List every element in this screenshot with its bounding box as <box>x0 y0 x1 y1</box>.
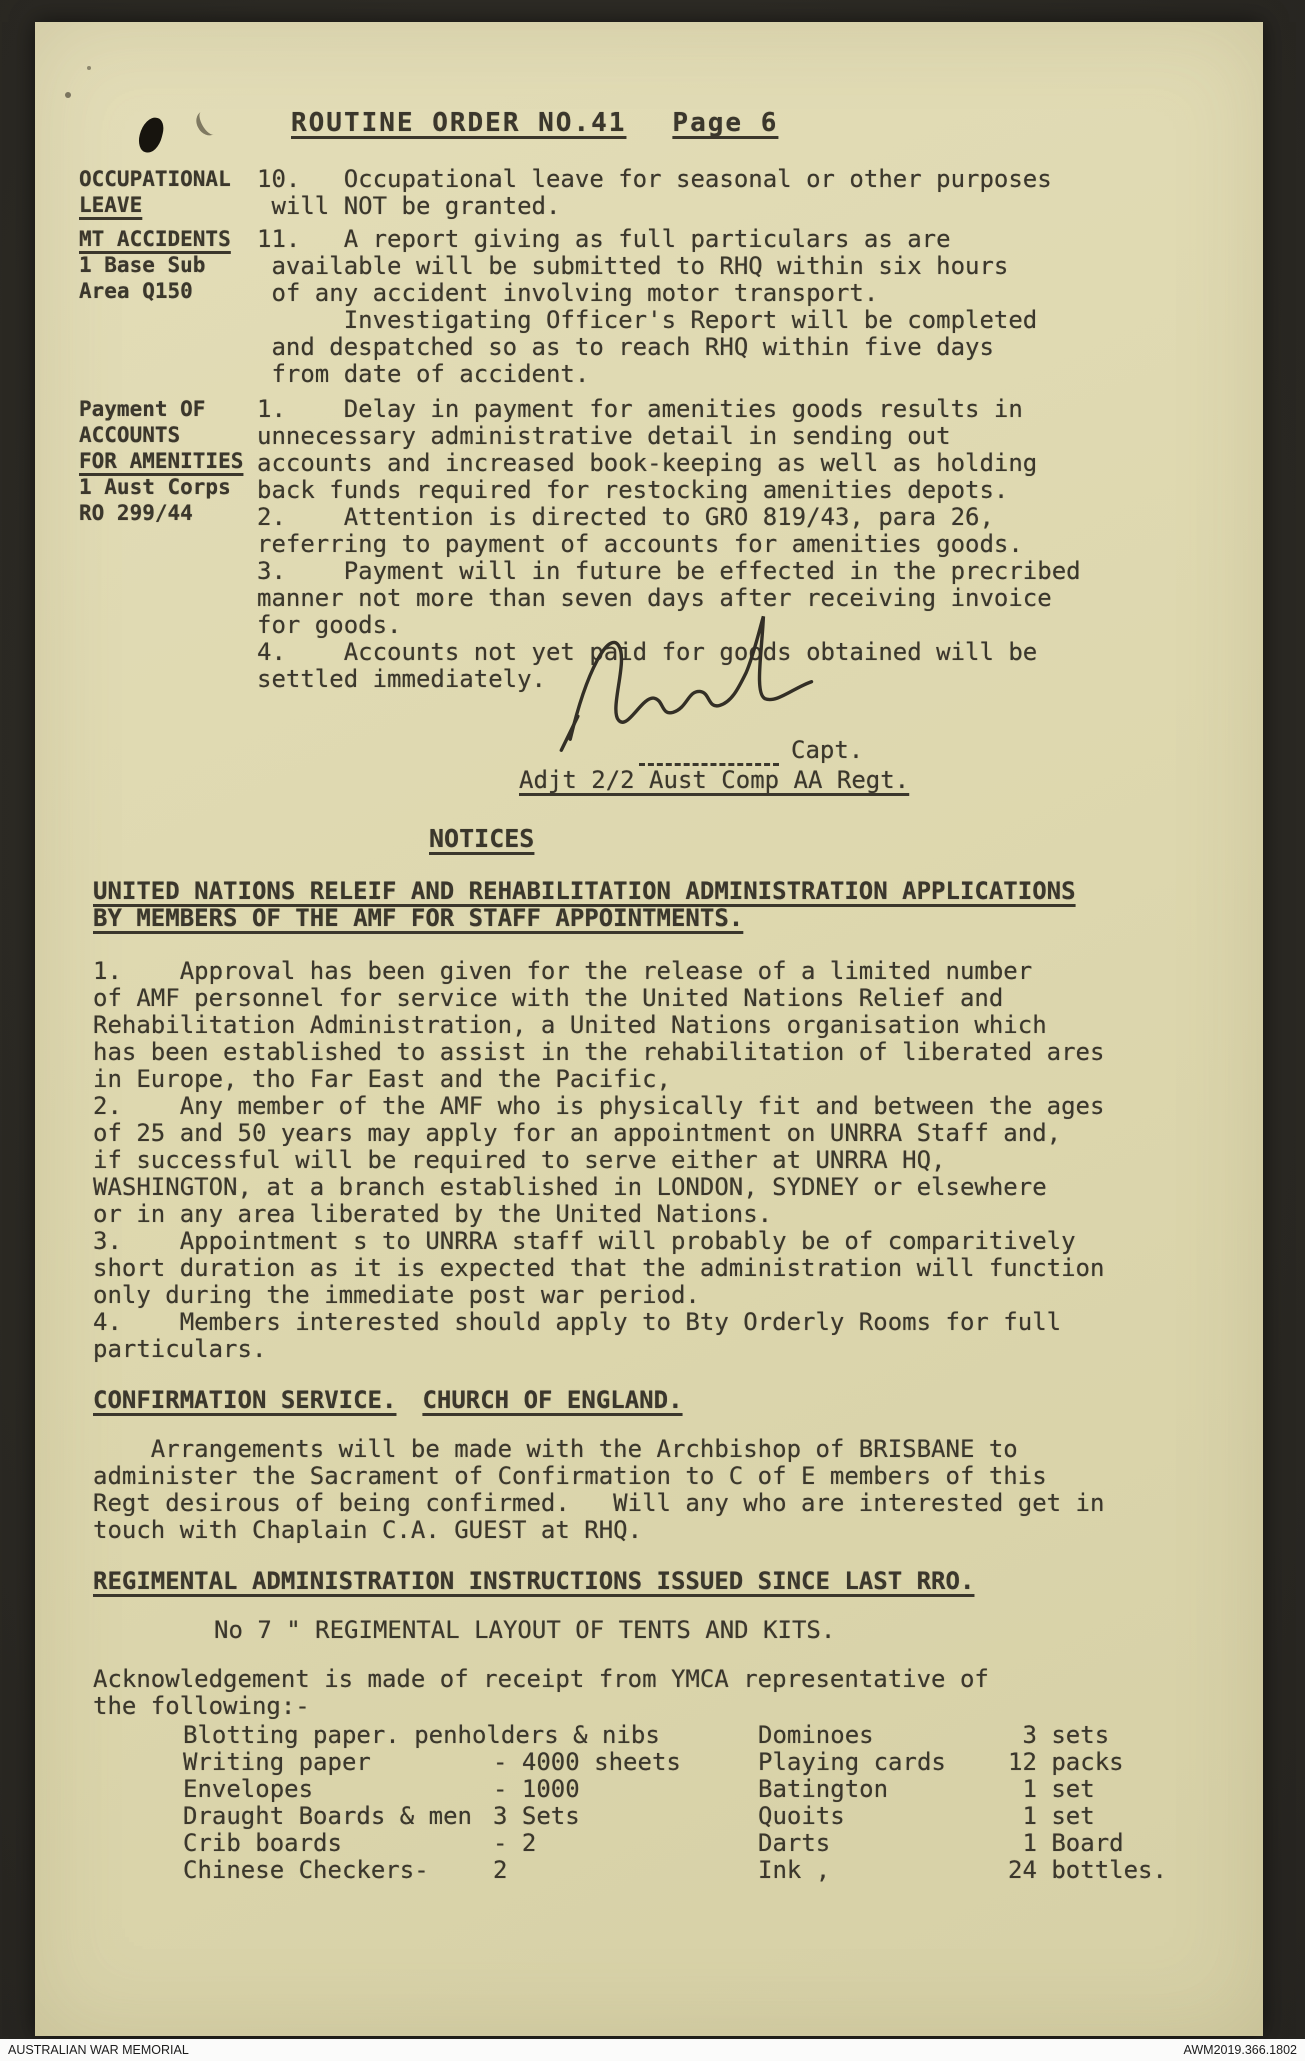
confirmation-heading-part2: CHURCH OF ENGLAND. <box>422 1386 682 1414</box>
list-item: Dominoes 3 sets <box>758 1722 1167 1749</box>
supply-item: Quoits <box>758 1803 1008 1830</box>
supply-qty: 3 sets <box>1008 1722 1109 1749</box>
margin-note-line: Payment OF <box>79 396 257 422</box>
margin-note-line: 1 Aust Corps <box>79 474 257 500</box>
paper-speck <box>65 92 71 98</box>
archive-item-id: AWM2019.366.1802 <box>1183 2043 1297 2057</box>
unrra-paragraph-1: 1. Approval has been given for the relea… <box>93 958 1221 1093</box>
list-item: Batington 1 set <box>758 1776 1167 1803</box>
paper-crease-mark <box>192 106 223 139</box>
supply-qty: 2 <box>493 1857 507 1884</box>
section-mt-accidents: MT ACCIDENTS 1 Base Sub Area Q150 11. A … <box>79 226 1221 388</box>
supply-item: Darts <box>758 1830 1008 1857</box>
unrra-paragraph-4: 4. Members interested should apply to Bt… <box>93 1309 1221 1363</box>
supply-item: Playing cards <box>758 1749 1008 1776</box>
list-item: Chinese Checkers-2 <box>183 1857 758 1884</box>
supply-item: Blotting paper. penholders & nibs <box>183 1722 493 1749</box>
supply-qty: 1 Board <box>1008 1830 1124 1857</box>
supply-item: Crib boards <box>183 1830 493 1857</box>
document-page: ROUTINE ORDER NO.41Page 6 OCCUPATIONAL L… <box>35 22 1263 2036</box>
supplies-list: Blotting paper. penholders & nibs Writin… <box>183 1722 1221 1884</box>
document-header: ROUTINE ORDER NO.41Page 6 <box>291 106 1221 140</box>
acknowledgement-paragraph: Acknowledgement is made of receipt from … <box>93 1666 1221 1720</box>
signatory-unit: Adjt 2/2 Aust Comp AA Regt. <box>519 767 909 794</box>
list-item: Blotting paper. penholders & nibs <box>183 1722 758 1749</box>
confirmation-paragraph: Arrangements will be made with the Archb… <box>93 1436 1221 1544</box>
page-title: ROUTINE ORDER NO.41 <box>291 108 626 138</box>
supply-qty: 12 packs <box>1008 1749 1124 1776</box>
margin-note-line: OCCUPATIONAL <box>79 166 257 192</box>
list-item: Crib boards- 2 <box>183 1830 758 1857</box>
signature-block: Capt. Adjt 2/2 Aust Comp AA Regt. <box>79 693 1221 789</box>
confirmation-heading-part1: CONFIRMATION SERVICE. <box>93 1386 396 1414</box>
supply-qty: - 1000 <box>493 1776 580 1803</box>
margin-note-line: FOR AMENITIES <box>79 448 257 474</box>
supply-item: Writing paper <box>183 1749 493 1776</box>
margin-note-line: Area Q150 <box>79 278 257 304</box>
archive-footer-bar: AUSTRALIAN WAR MEMORIAL AWM2019.366.1802 <box>0 2039 1305 2061</box>
supply-qty: 1 set <box>1008 1803 1095 1830</box>
signatory-rank: Capt. <box>791 737 863 764</box>
page-number: Page 6 <box>672 108 778 138</box>
margin-note: MT ACCIDENTS 1 Base Sub Area Q150 <box>79 226 257 304</box>
supply-item: Chinese Checkers- <box>183 1857 493 1884</box>
list-item: Envelopes- 1000 <box>183 1776 758 1803</box>
supply-item: Ink , <box>758 1857 1008 1884</box>
order-10-text: 10. Occupational leave for seasonal or o… <box>257 166 1221 220</box>
supplies-right-column: Dominoes 3 sets Playing cards12 packs Ba… <box>758 1722 1167 1884</box>
supply-item: Dominoes <box>758 1722 1008 1749</box>
supply-item: Batington <box>758 1776 1008 1803</box>
margin-note: OCCUPATIONAL LEAVE <box>79 166 257 218</box>
margin-note-line: 1 Base Sub <box>79 252 257 278</box>
unrra-paragraph-3: 3. Appointment s to UNRRA staff will pro… <box>93 1228 1221 1309</box>
supply-qty: 24 bottles. <box>1008 1857 1167 1884</box>
notices-title: NOTICES <box>429 825 1221 852</box>
list-item: Ink ,24 bottles. <box>758 1857 1167 1884</box>
paper-speck <box>87 66 91 70</box>
archive-source-label: AUSTRALIAN WAR MEMORIAL <box>8 2043 189 2057</box>
supply-qty: 1 set <box>1008 1776 1095 1803</box>
margin-note-line: ACCOUNTS <box>79 422 257 448</box>
list-item: Playing cards12 packs <box>758 1749 1167 1776</box>
scan-background: ROUTINE ORDER NO.41Page 6 OCCUPATIONAL L… <box>0 0 1305 2061</box>
list-item: Darts 1 Board <box>758 1830 1167 1857</box>
supply-qty: - 4000 sheets <box>493 1749 681 1776</box>
supply-qty: 3 Sets <box>493 1803 580 1830</box>
margin-note-line: MT ACCIDENTS <box>79 226 257 252</box>
unrra-heading: UNITED NATIONS RELEIF AND REHABILITATION… <box>93 878 1221 932</box>
margin-note-line: LEAVE <box>79 192 257 218</box>
supply-item: Envelopes <box>183 1776 493 1803</box>
list-item: Writing paper- 4000 sheets <box>183 1749 758 1776</box>
margin-note: Payment OF ACCOUNTS FOR AMENITIES 1 Aust… <box>79 396 257 526</box>
supplies-left-column: Blotting paper. penholders & nibs Writin… <box>183 1722 758 1884</box>
unrra-paragraph-2: 2. Any member of the AMF who is physical… <box>93 1093 1221 1228</box>
paper-hole-mark <box>136 115 166 155</box>
order-11-text: 11. A report giving as full particulars … <box>257 226 1221 388</box>
list-item: Quoits 1 set <box>758 1803 1167 1830</box>
supply-item: Draught Boards & men <box>183 1803 493 1830</box>
confirmation-heading: CONFIRMATION SERVICE.CHURCH OF ENGLAND. <box>93 1387 1221 1414</box>
regimental-heading: REGIMENTAL ADMINISTRATION INSTRUCTIONS I… <box>93 1568 1221 1595</box>
supply-qty: - 2 <box>493 1830 536 1857</box>
margin-note-line: RO 299/44 <box>79 500 257 526</box>
regimental-subheading: No 7 " REGIMENTAL LAYOUT OF TENTS AND KI… <box>214 1617 1221 1644</box>
section-occupational-leave: OCCUPATIONAL LEAVE 10. Occupational leav… <box>79 166 1221 220</box>
list-item: Draught Boards & men3 Sets <box>183 1803 758 1830</box>
